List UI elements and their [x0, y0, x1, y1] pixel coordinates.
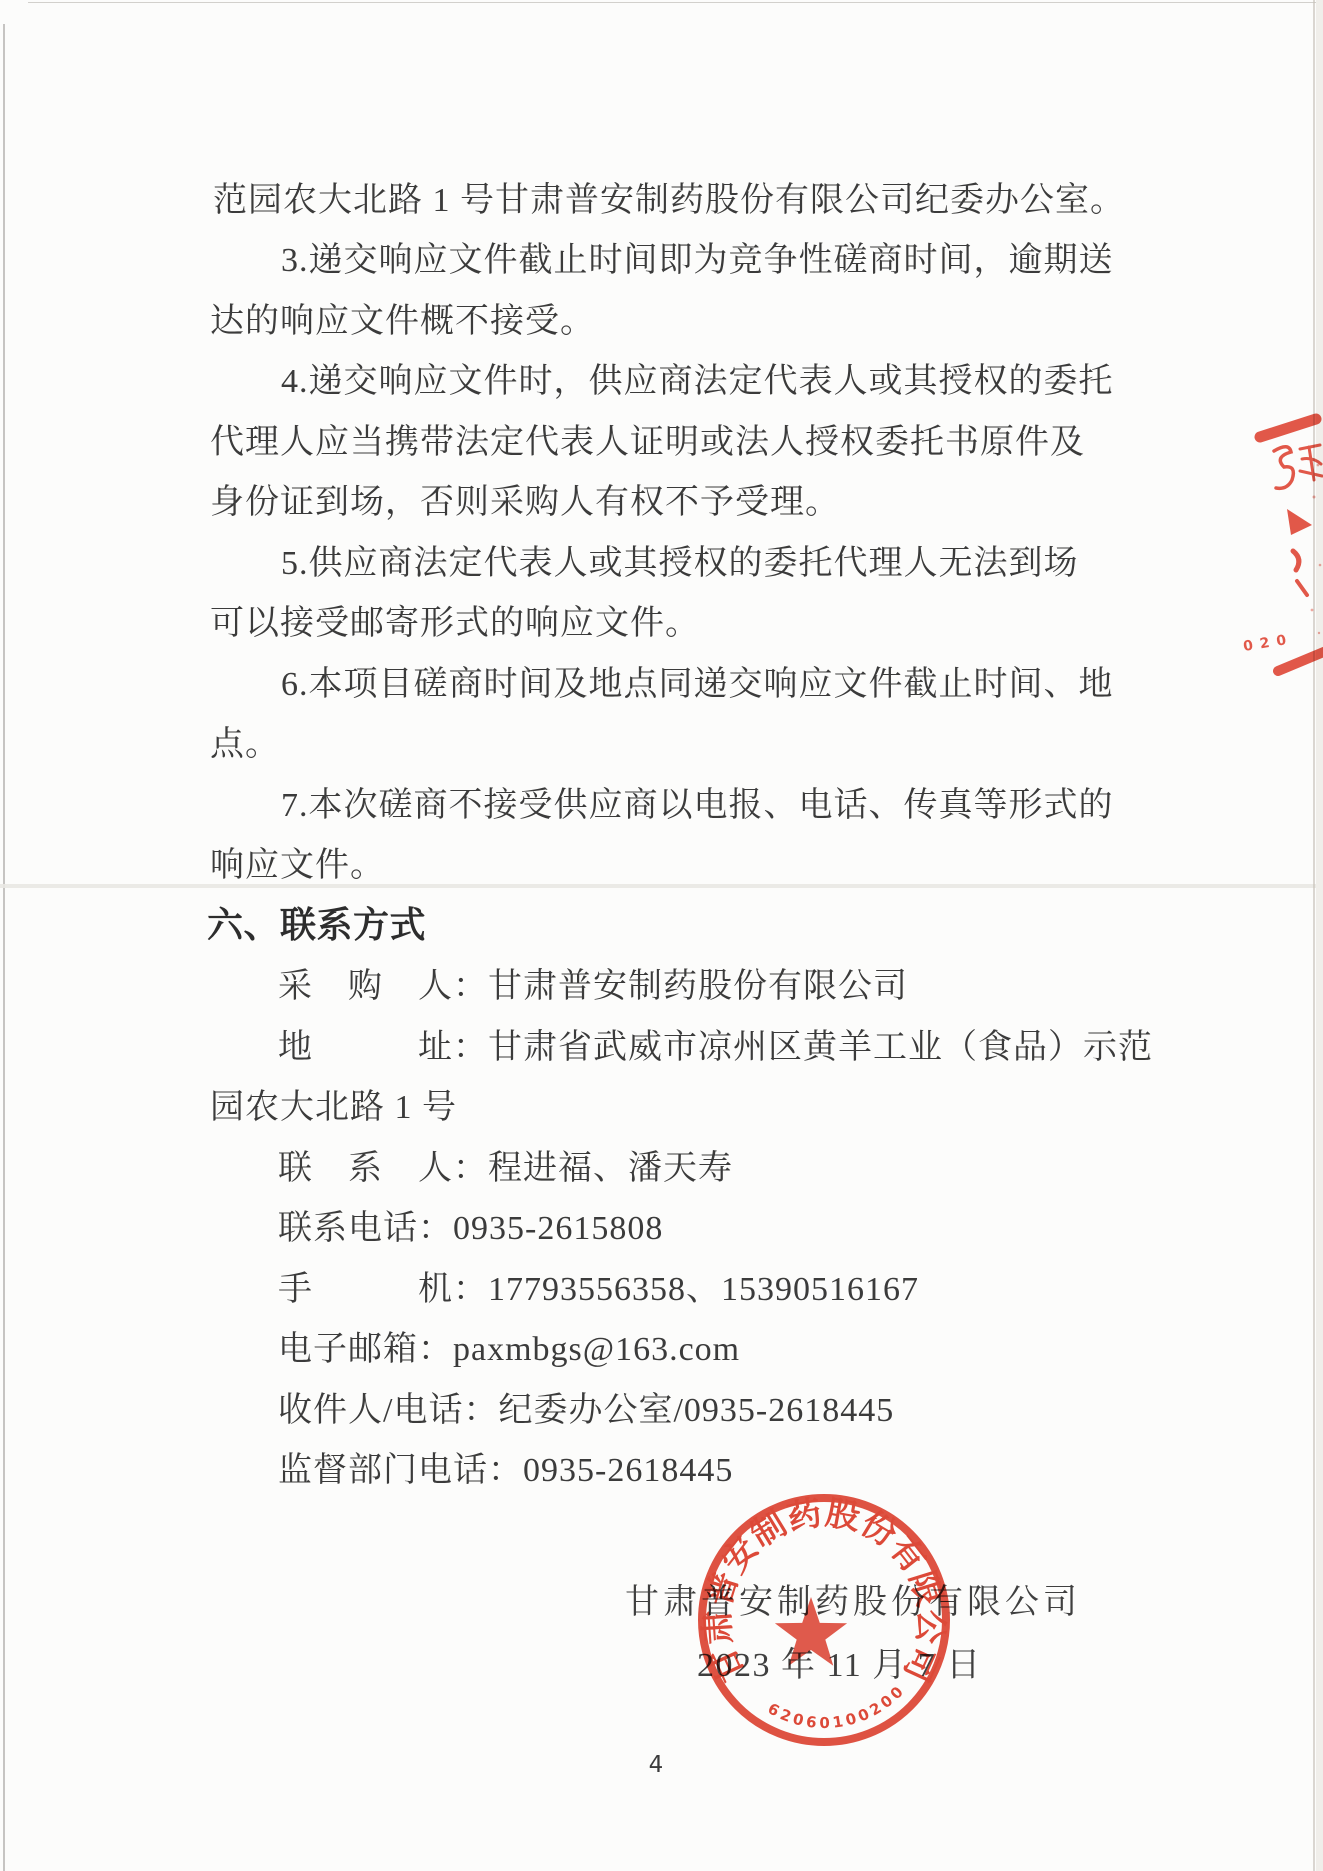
document-line: 范园农大北路 1 号甘肃普安制药股份有限公司纪委办公室。	[213, 180, 1125, 222]
document-line: 7.本次磋商不接受供应商以电报、电话、传真等形式的	[281, 785, 1114, 827]
document-line: 联 系 人：程进福、潘天寿	[278, 1148, 733, 1190]
scan-crease-line	[0, 884, 1323, 888]
document-line: 点。	[210, 724, 280, 766]
document-line: 可以接受邮寄形式的响应文件。	[210, 603, 700, 645]
page-number: 4	[640, 1752, 672, 1778]
document-line: 采 购 人：甘肃普安制药股份有限公司	[278, 966, 908, 1008]
edge-seal-fragment-icon: 020	[1240, 405, 1323, 695]
document-line: 身份证到场，否则采购人有权不予受理。	[210, 482, 840, 524]
seal-star-icon	[775, 1597, 847, 1666]
document-line: 手 机：17793556358、15390516167	[278, 1269, 919, 1311]
document-line: 4.递交响应文件时，供应商法定代表人或其授权的委托	[281, 361, 1114, 403]
document-line: 达的响应文件概不接受。	[210, 301, 595, 343]
document-line: 响应文件。	[210, 845, 385, 887]
company-seal-stamp: 甘肃普安制药股份有限公司 6206010020099	[694, 1490, 955, 1751]
scanned-document-page: 范园农大北路 1 号甘肃普安制药股份有限公司纪委办公室。3.递交响应文件截止时间…	[0, 0, 1323, 1871]
document-line: 园农大北路 1 号	[210, 1087, 457, 1129]
document-line: 代理人应当携带法定代表人证明或法人授权委托书原件及	[210, 422, 1085, 464]
document-line: 联系电话：0935-2615808	[278, 1208, 663, 1250]
scan-edge-line-left	[3, 24, 5, 1871]
document-line: 6.本项目磋商时间及地点同递交响应文件截止时间、地	[281, 664, 1114, 706]
scan-edge-line-top	[28, 2, 1318, 3]
edge-stamp-digits: 020	[1242, 631, 1294, 655]
scan-edge-band-right	[1316, 0, 1323, 1871]
document-line: 3.递交响应文件截止时间即为竞争性磋商时间，逾期送	[281, 240, 1114, 282]
section-heading: 六、联系方式	[207, 904, 426, 946]
document-line: 地 址：甘肃省武威市凉州区黄羊工业（食品）示范	[278, 1027, 1153, 1069]
document-line: 电子邮箱：paxmbgs@163.com	[278, 1329, 740, 1371]
document-line: 5.供应商法定代表人或其授权的委托代理人无法到场	[281, 543, 1079, 585]
scan-fold-line-right	[1313, 0, 1315, 1871]
document-line: 监督部门电话：0935-2618445	[278, 1450, 733, 1492]
document-line: 收件人/电话：纪委办公室/0935-2618445	[278, 1390, 894, 1432]
